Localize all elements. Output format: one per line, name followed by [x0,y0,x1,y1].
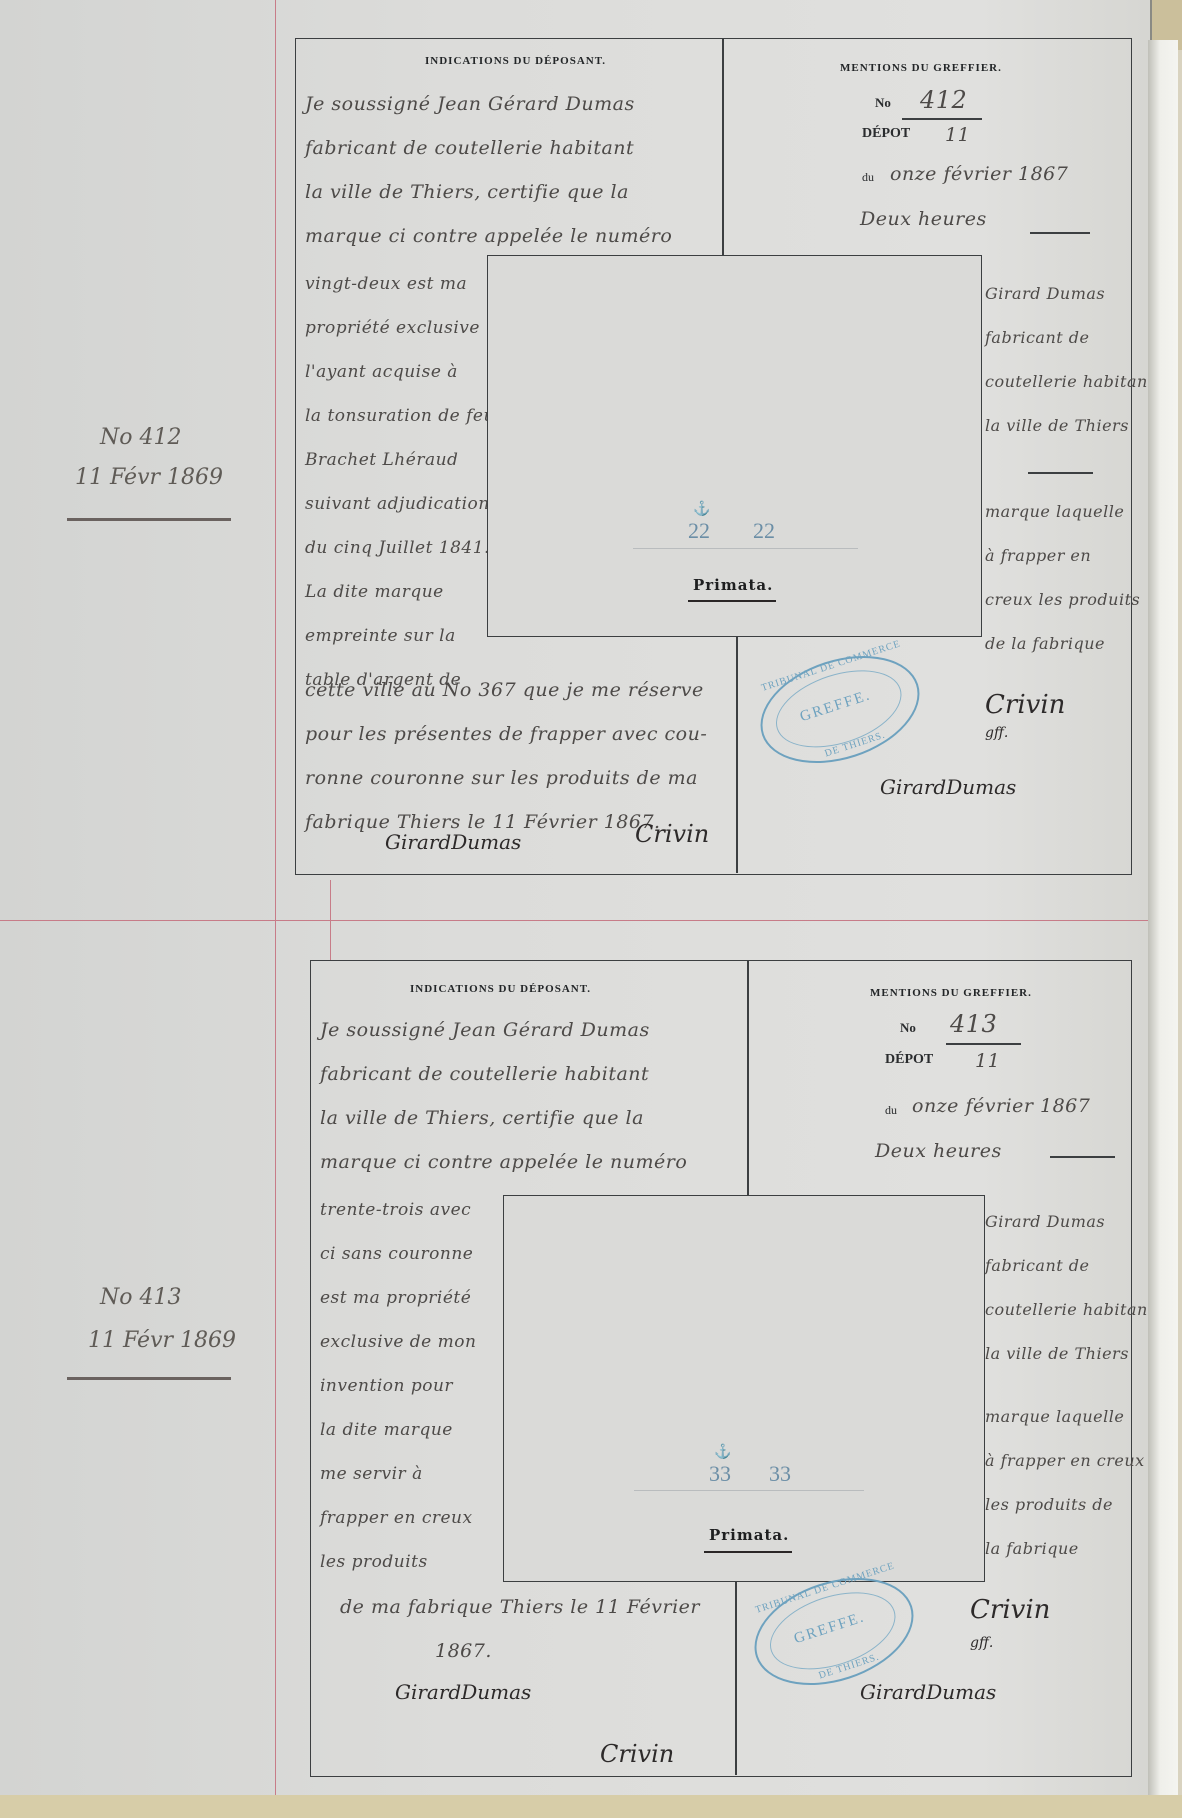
depot-date: onze février 1867 [912,1095,1090,1117]
margin-note-date: 11 Févr 1869 [88,1328,236,1353]
depot-label: DÉPOT [885,1052,933,1068]
trademark-impression-box: ⚓ 33 33 Primata. [503,1195,985,1582]
depot-hour: Deux heures [875,1140,1002,1162]
greffier-signature-bottom: Crivin [635,820,709,848]
mark-number-right: 22 [753,518,775,544]
column-divider-bottom [735,1565,737,1775]
mark-baseline [633,548,858,549]
register-page: No 412 11 Févr 1869 INDICATIONS DU DÉPOS… [0,0,1152,1800]
depot-value: 11 [945,124,970,146]
column-divider-top [747,960,749,1195]
greffier-deposant-signature: GirardDumas [860,1680,996,1704]
mark-name: Primata. [693,576,773,594]
desk-surface-bottom [0,1795,1182,1818]
greffier-signature-bottom: Crivin [600,1740,674,1768]
greffier-signature-suffix: gff. [970,1635,993,1651]
margin-note-date: 11 Févr 1869 [75,465,223,490]
mark-number-left: 33 [709,1461,731,1487]
no-label: No [875,95,891,111]
book-page-edge [1148,40,1178,1800]
greffier-signature-suffix: gff. [985,725,1008,741]
du-label: du [885,1103,897,1118]
greffier-name-block: Girard Dumas fabricant de coutellerie ha… [985,1200,1155,1376]
greffier-header: MENTIONS DU GREFFIER. [870,987,1032,999]
mark-baseline [634,1490,864,1491]
greffier-name-block: Girard Dumas fabricant de coutellerie ha… [985,272,1155,448]
deposant-text-side: trente-trois avec ci sans couronne est m… [320,1188,476,1584]
crown-anchor-icon: ⚓ [693,501,710,518]
margin-rule-horizontal [0,920,1150,921]
depot-value: 11 [975,1050,1000,1072]
deposant-text-top: Je soussigné Jean Gérard Dumas fabricant… [320,1008,687,1184]
mark-name-underline [688,600,776,602]
deposant-header: INDICATIONS DU DÉPOSANT. [410,983,591,995]
registration-number-underline [902,118,982,120]
no-label: No [900,1020,916,1036]
crown-anchor-icon: ⚓ [714,1444,731,1461]
margin-note-number: No 413 [100,1285,181,1310]
greffier-marque-block: marque laquelle à frapper en creux les p… [985,490,1140,666]
margin-rule-vertical [275,0,276,1800]
registration-number: 412 [920,86,967,114]
margin-note-underline [67,1377,231,1380]
mark-number-right: 33 [769,1461,791,1487]
deposant-text-bottom: de ma fabrique Thiers le 11 Février 1867… [340,1585,700,1673]
greffier-marque-block: marque laquelle à frapper en creux les p… [985,1395,1145,1571]
trademark-impression-box: ⚓ 22 22 Primata. [487,255,982,637]
depot-date: onze février 1867 [890,163,1068,185]
deposant-header: INDICATIONS DU DÉPOSANT. [425,55,606,67]
deposant-text-bottom: cette ville au No 367 que je me réserve … [305,668,707,844]
hour-underline [1030,232,1090,234]
mark-name-underline [704,1551,792,1553]
margin-note-number: No 412 [100,425,181,450]
depot-label: DÉPOT [862,126,910,142]
margin-note-underline [67,518,231,521]
hour-underline [1050,1156,1115,1158]
deposant-text-top: Je soussigné Jean Gérard Dumas fabricant… [305,82,672,258]
deposant-text-side: vingt-deux est ma propriété exclusive l'… [305,262,495,702]
greffier-signature: Crivin [970,1595,1050,1625]
deposant-signature: GirardDumas [385,830,521,854]
greffier-header: MENTIONS DU GREFFIER. [840,62,1002,74]
greffier-deposant-signature: GirardDumas [880,775,1016,799]
depot-hour: Deux heures [860,208,987,230]
deposant-signature: GirardDumas [395,1680,531,1704]
name-separator [1028,472,1093,474]
mark-number-left: 22 [688,518,710,544]
greffier-signature: Crivin [985,690,1065,720]
registration-number-underline [946,1043,1021,1045]
mark-name: Primata. [709,1526,789,1544]
du-label: du [862,170,874,185]
registration-number: 413 [950,1010,997,1038]
column-divider-bottom [736,635,738,873]
column-divider-top [722,38,724,256]
